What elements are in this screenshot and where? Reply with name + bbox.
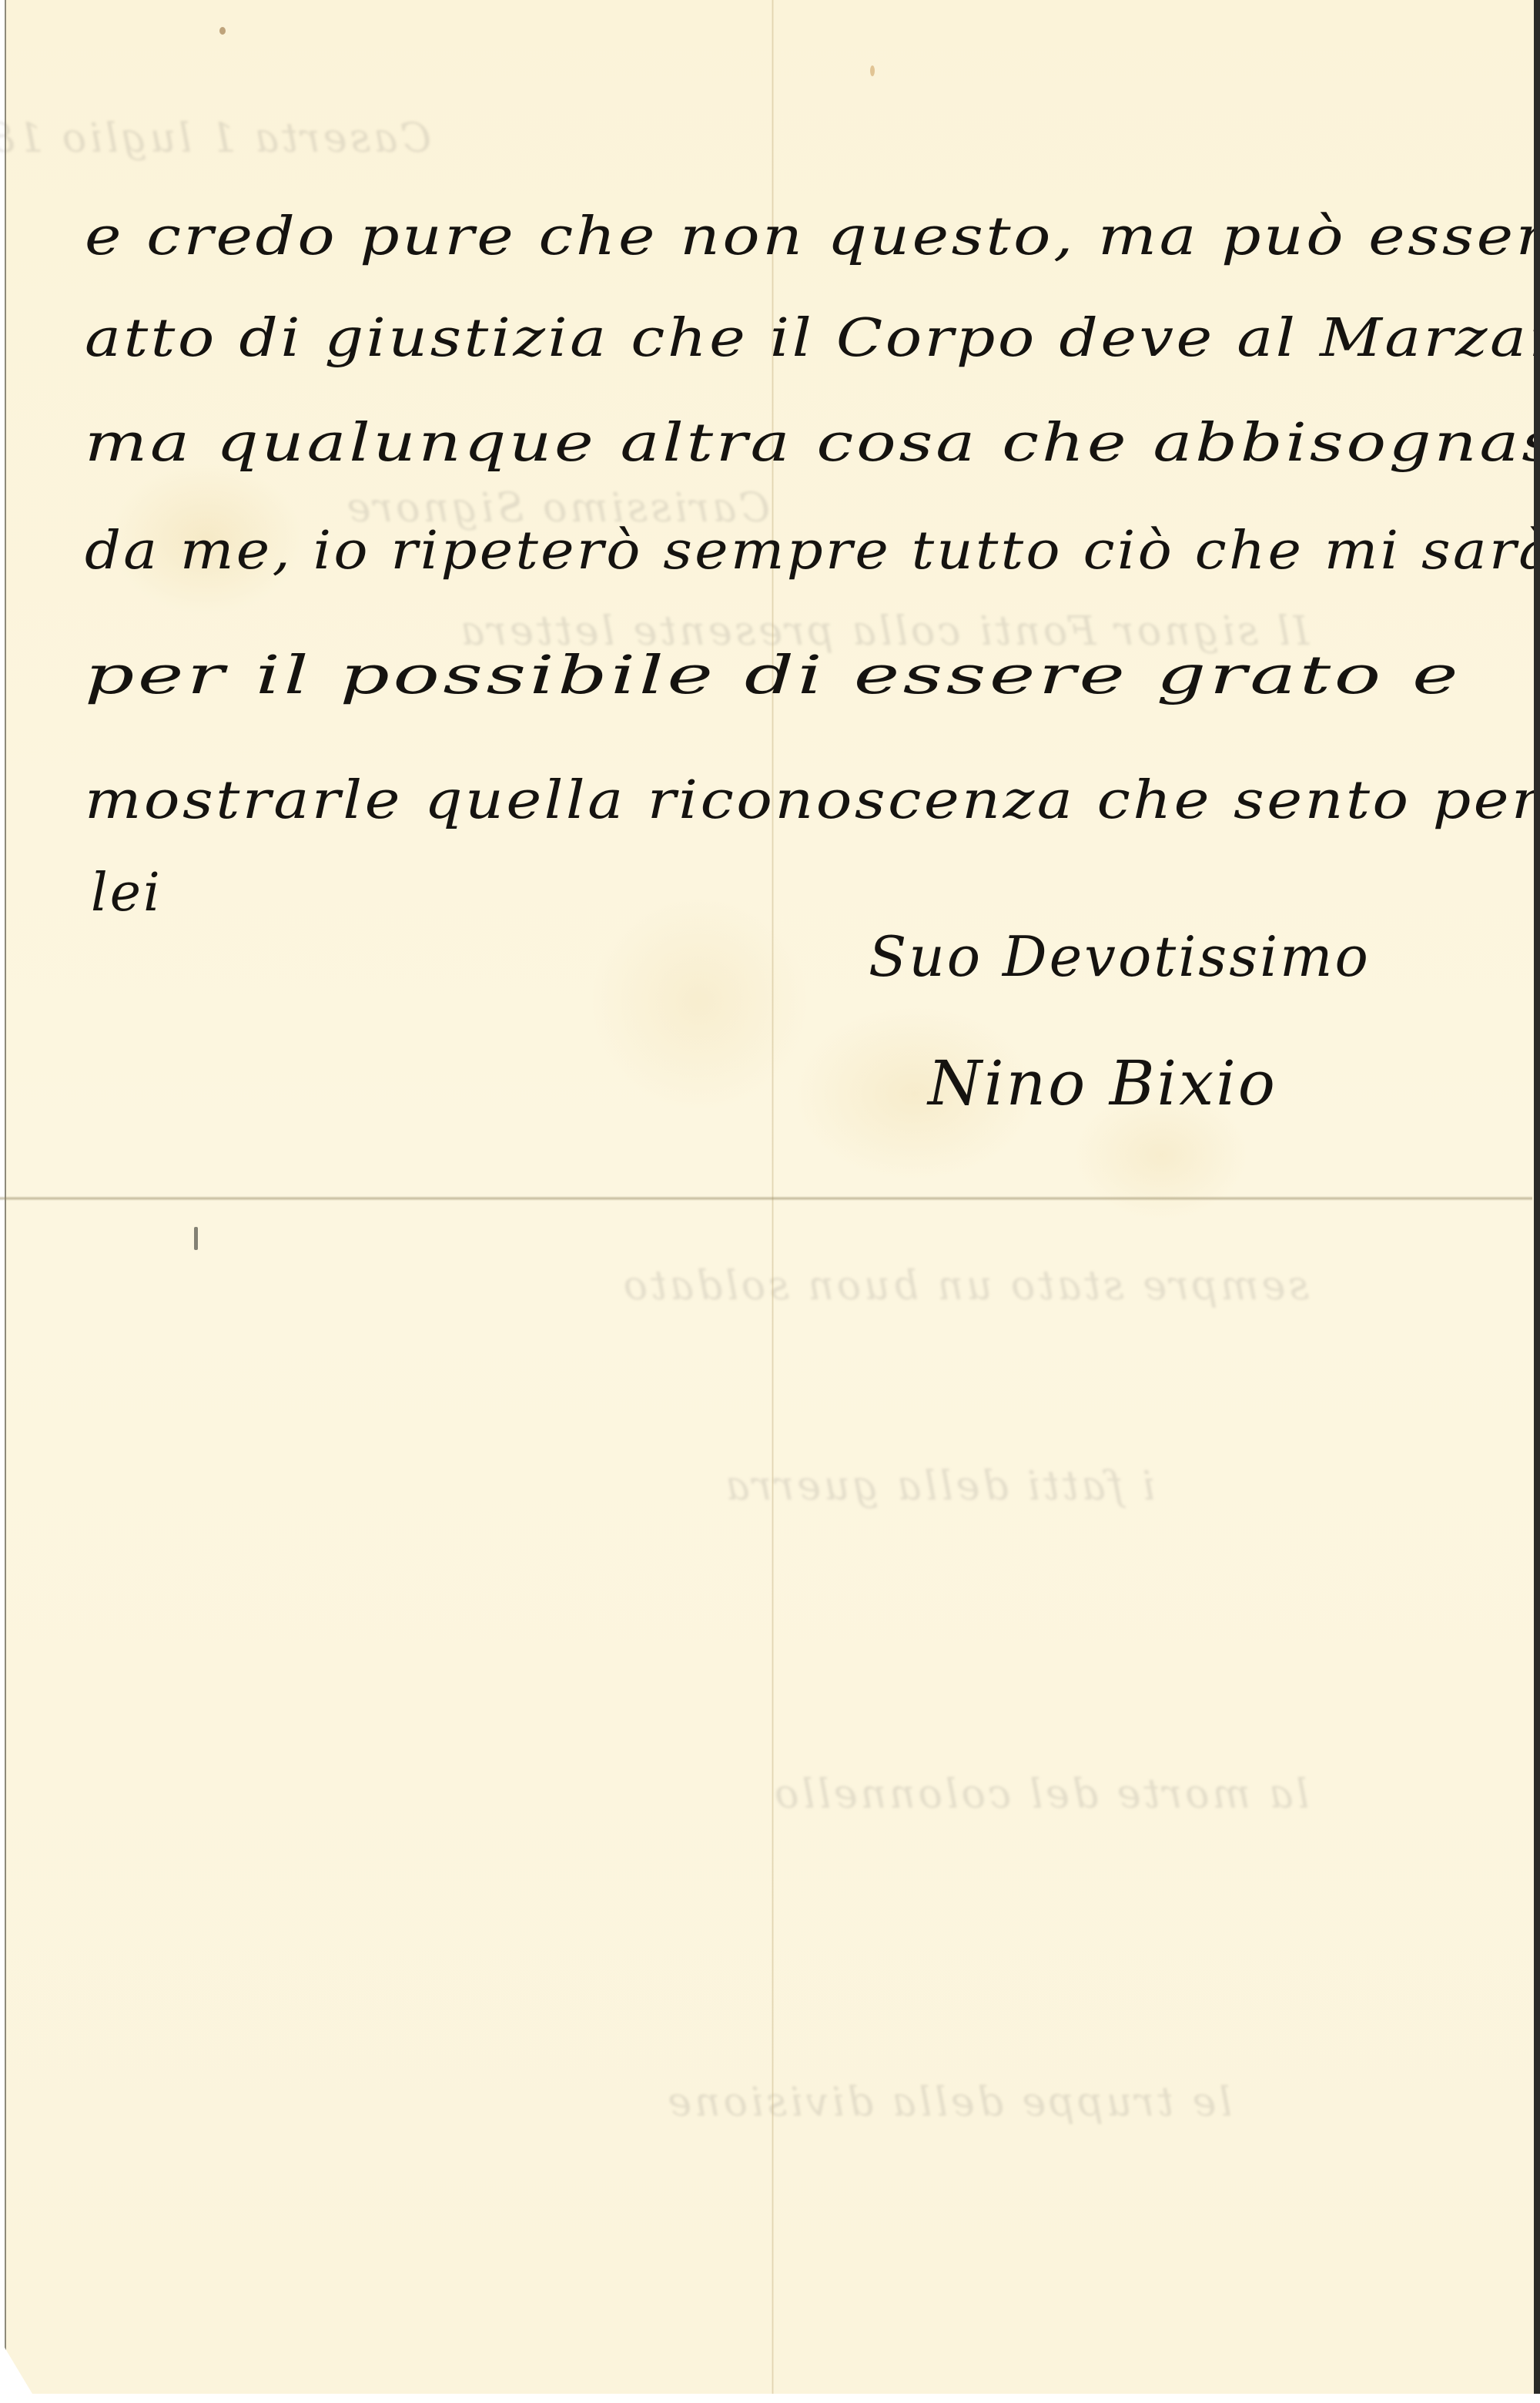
paper-mark (194, 1227, 198, 1250)
letter-line-1: e credo pure che non questo, ma può esse… (85, 206, 1540, 267)
scan-edge (1534, 0, 1540, 2394)
scan-margin (0, 2394, 1540, 2403)
letter-line-5: per il possibile di essere grato e (85, 645, 1461, 706)
letter-line-7: lei (91, 863, 162, 923)
closing-salutation: Suo Devotissimo (869, 924, 1371, 989)
letter-line-4: da me, io ripeterò sempre tutto ciò che … (85, 521, 1540, 581)
horizontal-fold-crease (0, 1196, 1532, 1201)
letter-line-3: ma qualunque altra cosa che abbisognasse (85, 413, 1540, 474)
signature: Nino Bixio (928, 1047, 1277, 1119)
paper-stain (870, 65, 875, 76)
letter-line-2: atto di giustizia che il Corpo deve al M… (85, 308, 1540, 369)
paper-stain (219, 27, 226, 35)
letter-line-6: mostrarle quella riconoscenza che sento … (85, 770, 1540, 831)
